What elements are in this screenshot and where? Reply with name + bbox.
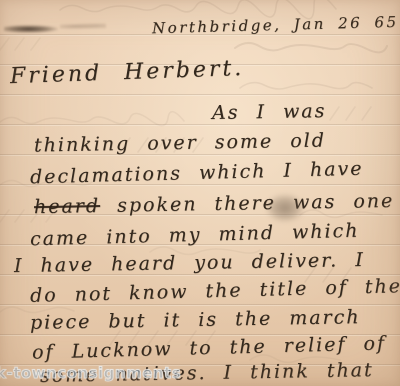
ink-specks: [60, 23, 106, 30]
seller-watermark: k-townconsignments: [0, 364, 181, 382]
letter-line: I have heard you deliver. I: [14, 249, 365, 277]
letter-dateline: Northbridge, Jan 26 65: [152, 13, 399, 37]
letter-line: do not know the title of the: [30, 275, 400, 307]
letter-line: piece but it is the march: [30, 306, 361, 334]
letter-line: thinking over some old: [34, 129, 326, 156]
struck-out-word: heard: [34, 195, 100, 218]
letter-line: came into my mind which: [30, 220, 360, 251]
letter-opening-line: As I was: [212, 100, 327, 124]
ink-smear: [4, 25, 58, 33]
letter-salutation: Friend Herbert.: [10, 56, 245, 89]
letter-line: declamations which I have: [30, 158, 364, 189]
handwritten-letter-photo: Northbridge, Jan 26 65 Friend Herbert. A…: [0, 0, 400, 386]
letter-line: heard spoken there was one: [34, 190, 395, 218]
letter-line-text: spoken there was one: [117, 190, 395, 217]
